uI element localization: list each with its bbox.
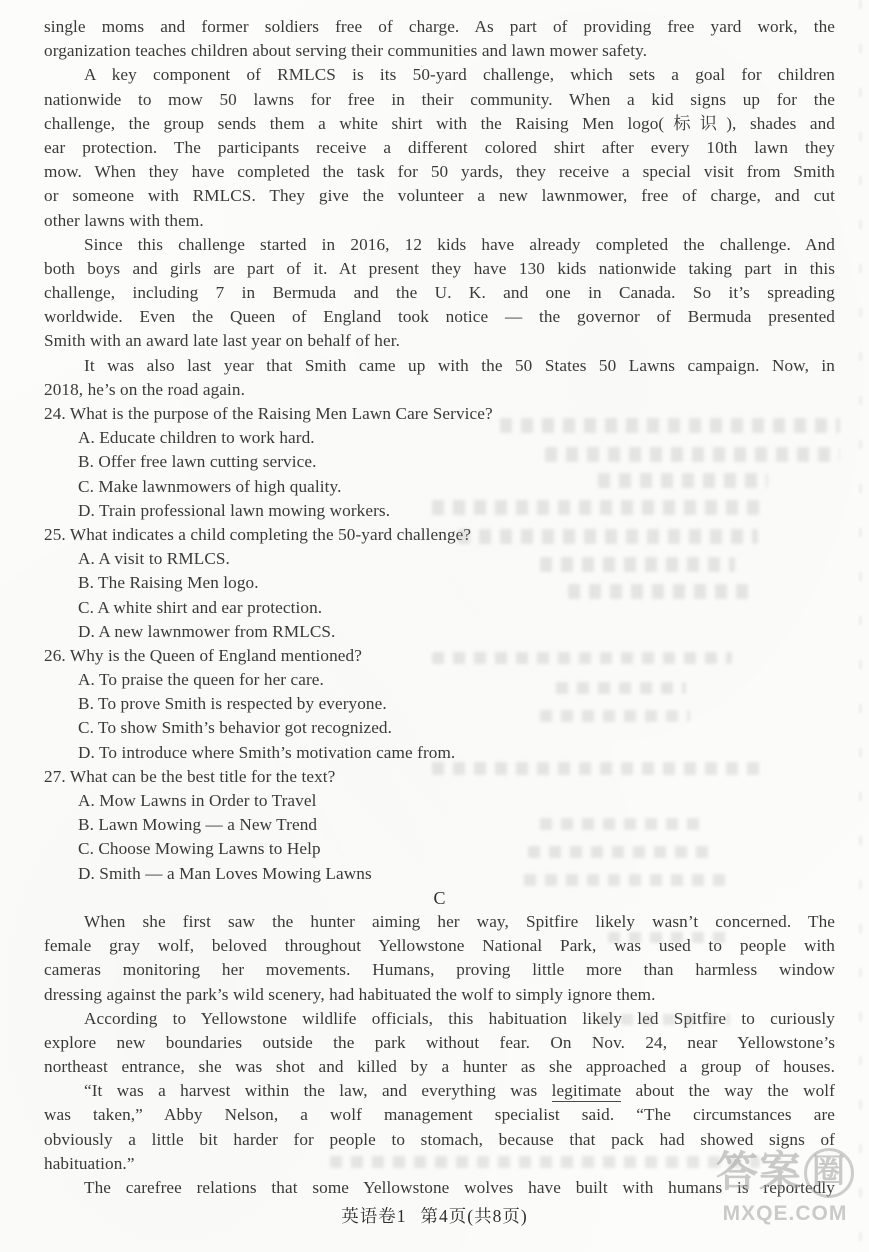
option-line: A. A visit to RMLCS.	[44, 547, 835, 571]
footer-page-number: 第4页(共8页)	[421, 1206, 528, 1226]
option-line: A. Educate children to work hard.	[44, 426, 835, 450]
body-line: nationwide to mow 50 lawns for free in t…	[44, 88, 835, 112]
body-line: single moms and former soldiers free of …	[44, 15, 835, 39]
line-text: single moms and former soldiers free of …	[44, 17, 835, 36]
body-line: worldwide. Even the Queen of England too…	[44, 305, 835, 329]
line-text: B. Lawn Mowing — a New Trend	[78, 815, 317, 834]
line-text: mow. When they have completed the task f…	[44, 162, 835, 181]
option-line: B. Offer free lawn cutting service.	[44, 450, 835, 474]
line-text: worldwide. Even the Queen of England too…	[44, 307, 835, 326]
line-text: B. The Raising Men logo.	[78, 573, 259, 592]
body-line: cameras monitoring her movements. Humans…	[44, 958, 835, 982]
line-text: D. A new lawnmower from RMLCS.	[78, 622, 335, 641]
line-text: about the way the wolf	[621, 1081, 835, 1100]
page-footer: 英语卷1第4页(共8页)	[0, 1203, 869, 1228]
line-text: Smith with an award late last year on be…	[44, 331, 400, 350]
line-text: ear protection. The participants receive…	[44, 138, 835, 157]
body-line: Since this challenge started in 2016, 12…	[44, 233, 835, 257]
line-text: B. Offer free lawn cutting service.	[78, 452, 316, 471]
section-header-line: C	[44, 886, 835, 910]
line-text: challenge, the group sends them a white …	[44, 114, 835, 133]
body-line: 2018, he’s on the road again.	[44, 378, 835, 402]
line-text: D. Smith — a Man Loves Mowing Lawns	[78, 864, 372, 883]
line-text: C. Choose Mowing Lawns to Help	[78, 839, 321, 858]
body-line: Smith with an award late last year on be…	[44, 329, 835, 353]
line-text: nationwide to mow 50 lawns for free in t…	[44, 90, 835, 109]
line-text: B. To prove Smith is respected by everyo…	[78, 694, 387, 713]
footer-paper-name: 英语卷1	[341, 1206, 406, 1226]
watermark-logo: 答案圈	[706, 1148, 864, 1198]
line-text: or someone with RMLCS. They give the vol…	[44, 186, 835, 205]
line-text: A key component of RMLCS is its 50-yard …	[84, 65, 835, 84]
question-line: 24. What is the purpose of the Raising M…	[44, 402, 835, 426]
body-line: organization teaches children about serv…	[44, 39, 835, 63]
line-text: challenge, including 7 in Bermuda and th…	[44, 283, 835, 302]
line-text: C. To show Smith’s behavior got recogniz…	[78, 718, 392, 737]
line-text: Since this challenge started in 2016, 12…	[84, 235, 835, 254]
watermark-logo-text: 答案	[716, 1149, 802, 1197]
line-text: “It was a harvest within the law, and ev…	[84, 1081, 552, 1100]
line-text: obviously a little bit harder for people…	[44, 1130, 835, 1149]
body-line: dressing against the park’s wild scenery…	[44, 983, 835, 1007]
line-text: C. A white shirt and ear protection.	[78, 598, 322, 617]
underlined-word: legitimate	[552, 1081, 622, 1102]
page: single moms and former soldiers free of …	[0, 0, 869, 1252]
option-line: A. Mow Lawns in Order to Travel	[44, 789, 835, 813]
option-line: C. To show Smith’s behavior got recogniz…	[44, 716, 835, 740]
line-text: C. Make lawnmowers of high quality.	[78, 477, 342, 496]
question-line: 26. Why is the Queen of England mentione…	[44, 644, 835, 668]
body-line: or someone with RMLCS. They give the vol…	[44, 184, 835, 208]
option-line: D. Train professional lawn mowing worker…	[44, 499, 835, 523]
line-text: It was also last year that Smith came up…	[84, 356, 835, 375]
line-text: explore new boundaries outside the park …	[44, 1033, 835, 1052]
line-text: cameras monitoring her movements. Humans…	[44, 960, 835, 979]
body-line: “It was a harvest within the law, and ev…	[44, 1079, 835, 1103]
line-text: D. Train professional lawn mowing worker…	[78, 501, 390, 520]
line-text: D. To introduce where Smith’s motivation…	[78, 743, 455, 762]
line-text: 25. What indicates a child completing th…	[44, 525, 471, 544]
line-text: A. Educate children to work hard.	[78, 428, 315, 447]
body-line: challenge, the group sends them a white …	[44, 112, 835, 136]
body-line: explore new boundaries outside the park …	[44, 1031, 835, 1055]
body-line: According to Yellowstone wildlife offici…	[44, 1007, 835, 1031]
option-line: B. Lawn Mowing — a New Trend	[44, 813, 835, 837]
body-line: both boys and girls are part of it. At p…	[44, 257, 835, 281]
body-line: ear protection. The participants receive…	[44, 136, 835, 160]
body-line: female gray wolf, beloved throughout Yel…	[44, 934, 835, 958]
option-line: D. Smith — a Man Loves Mowing Lawns	[44, 862, 835, 886]
watermark-circle-glyph: 圈	[804, 1148, 854, 1198]
body-line: It was also last year that Smith came up…	[44, 354, 835, 378]
line-text: other lawns with them.	[44, 211, 204, 230]
line-text: 24. What is the purpose of the Raising M…	[44, 404, 493, 423]
line-text: When she first saw the hunter aiming her…	[84, 912, 835, 931]
line-text: 2018, he’s on the road again.	[44, 380, 245, 399]
option-line: C. A white shirt and ear protection.	[44, 596, 835, 620]
line-text: A. Mow Lawns in Order to Travel	[78, 791, 316, 810]
body-line: A key component of RMLCS is its 50-yard …	[44, 63, 835, 87]
option-line: D. A new lawnmower from RMLCS.	[44, 620, 835, 644]
line-text: According to Yellowstone wildlife offici…	[84, 1009, 835, 1028]
line-text: habituation.”	[44, 1154, 135, 1173]
line-text: organization teaches children about serv…	[44, 41, 647, 60]
line-text: C	[433, 888, 445, 908]
line-text: A. A visit to RMLCS.	[78, 549, 230, 568]
line-text: female gray wolf, beloved throughout Yel…	[44, 936, 835, 955]
body-line: challenge, including 7 in Bermuda and th…	[44, 281, 835, 305]
body-line: other lawns with them.	[44, 209, 835, 233]
line-text: northeast entrance, she was shot and kil…	[44, 1057, 835, 1076]
option-line: B. To prove Smith is respected by everyo…	[44, 692, 835, 716]
line-text: 26. Why is the Queen of England mentione…	[44, 646, 362, 665]
option-line: C. Make lawnmowers of high quality.	[44, 475, 835, 499]
option-line: A. To praise the queen for her care.	[44, 668, 835, 692]
question-line: 27. What can be the best title for the t…	[44, 765, 835, 789]
body-line: northeast entrance, she was shot and kil…	[44, 1055, 835, 1079]
body-line: mow. When they have completed the task f…	[44, 160, 835, 184]
text-column: single moms and former soldiers free of …	[44, 15, 835, 1200]
line-text: 27. What can be the best title for the t…	[44, 767, 335, 786]
line-text: A. To praise the queen for her care.	[78, 670, 324, 689]
line-text: both boys and girls are part of it. At p…	[44, 259, 835, 278]
scan-edge-artifact	[859, 0, 862, 1252]
body-line: was taken,” Abby Nelson, a wolf manageme…	[44, 1103, 835, 1127]
option-line: C. Choose Mowing Lawns to Help	[44, 837, 835, 861]
option-line: D. To introduce where Smith’s motivation…	[44, 741, 835, 765]
line-text: dressing against the park’s wild scenery…	[44, 985, 656, 1004]
question-line: 25. What indicates a child completing th…	[44, 523, 835, 547]
body-line: When she first saw the hunter aiming her…	[44, 910, 835, 934]
line-text: was taken,” Abby Nelson, a wolf manageme…	[44, 1105, 835, 1124]
option-line: B. The Raising Men logo.	[44, 571, 835, 595]
